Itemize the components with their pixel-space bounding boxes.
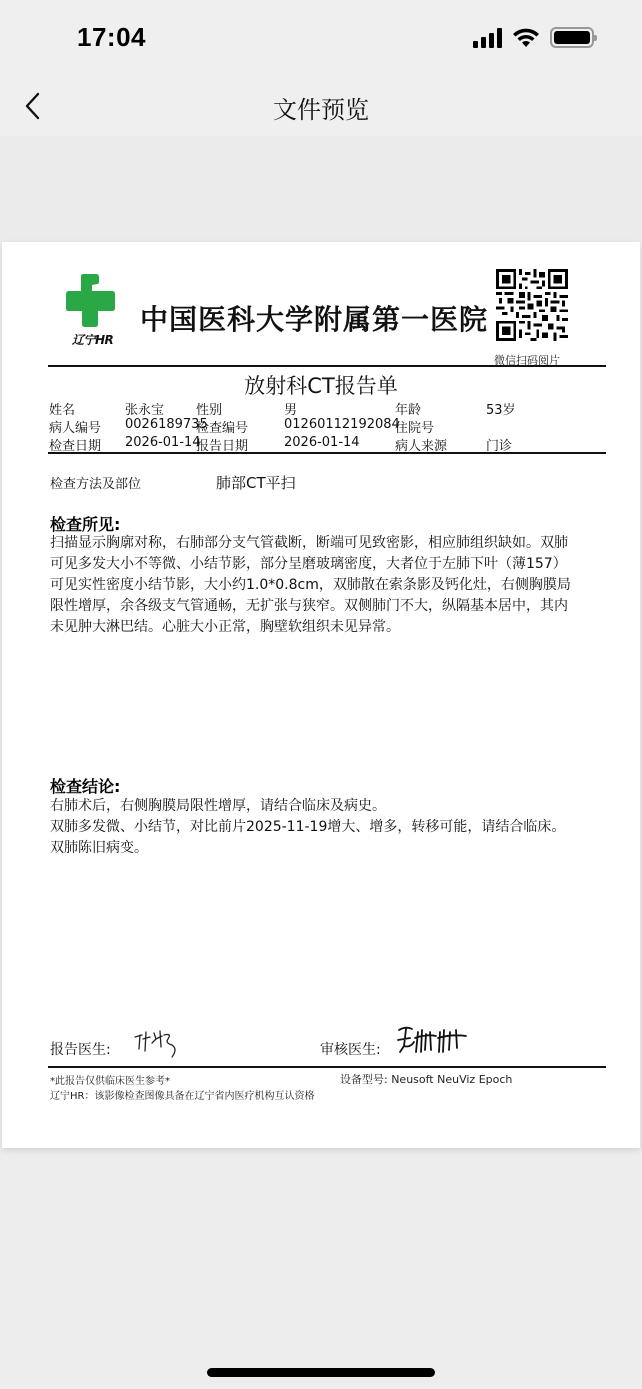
hospital-name: 中国医科大学附属第一医院 [140, 298, 488, 338]
findings-line: 扫描显示胸廓对称，右肺部分支气管截断，断端可见致密影，相应肺组织缺如。双肺 [50, 533, 610, 554]
divider [48, 1066, 606, 1068]
nav-bar: 文件预览 [0, 76, 642, 136]
reviewer-signature-icon [396, 1024, 474, 1058]
home-indicator[interactable] [207, 1368, 435, 1377]
info-label: 检查编号 [196, 417, 248, 436]
conclusion-heading: 检查结论: [50, 774, 120, 797]
logo-text: 辽宁HR [72, 331, 113, 348]
status-icons [473, 27, 594, 48]
status-time: 17:04 [77, 22, 146, 53]
cellular-signal-icon [473, 28, 502, 48]
qr-code-icon[interactable] [496, 269, 568, 341]
findings-line: 未见肿大淋巴结。心脏大小正常，胸壁软组织未见异常。 [50, 617, 610, 638]
conclusion-line: 双肺多发微、小结节，对比前片2025-11-19增大、增多，转移可能，请结合临床… [50, 817, 620, 838]
info-value: 张永宝 [125, 399, 164, 418]
patient-info-table: 姓名 张永宝 性别 男 年龄 53岁 病人编号 0026189735 检查编号 … [49, 399, 605, 453]
reporter-label: 报告医生: [50, 1039, 111, 1059]
battery-icon [550, 27, 594, 48]
findings-line: 限性增厚，余各级支气管通畅，无扩张与狭窄。双侧肺门不大，纵隔基本居中，其内 [50, 596, 610, 617]
info-row: 检查日期 2026-01-14 报告日期 2026-01-14 病人来源 门诊 [49, 435, 605, 453]
info-value: 2026-01-14 [284, 435, 360, 450]
device-model: 设备型号: Neusoft NeuViz Epoch [340, 1071, 512, 1087]
findings-heading: 检查所见: [50, 512, 120, 535]
info-row: 姓名 张永宝 性别 男 年龄 53岁 [49, 399, 605, 417]
conclusion-text: 右肺术后，右侧胸膜局限性增厚，请结合临床及病史。 双肺多发微、小结节，对比前片2… [50, 796, 620, 859]
reporter-signature-icon [132, 1027, 184, 1059]
divider [48, 365, 606, 367]
findings-text: 扫描显示胸廓对称，右肺部分支气管截断，断端可见致密影，相应肺组织缺如。双肺 可见… [50, 533, 610, 638]
conclusion-line: 右肺术后，右侧胸膜局限性增厚，请结合临床及病史。 [50, 796, 620, 817]
info-label: 病人编号 [49, 417, 101, 436]
status-bar: 17:04 [0, 0, 642, 76]
footer-note: *此报告仅供临床医生参考* [50, 1072, 170, 1087]
report-title: 放射科CT报告单 [2, 370, 640, 400]
info-row: 病人编号 0026189735 检查编号 01260112192084 住院号 [49, 417, 605, 435]
method-label: 检查方法及部位 [50, 473, 141, 492]
method-value: 肺部CT平扫 [216, 472, 296, 493]
info-label: 姓名 [49, 399, 75, 418]
findings-line: 可见实性密度小结节影，大小约1.0*0.8cm，双肺散在索条影及钙化灶，右侧胸膜… [50, 575, 610, 596]
reviewer-label: 审核医生: [320, 1039, 381, 1059]
info-label: 住院号 [395, 417, 434, 436]
info-label: 年龄 [395, 399, 421, 418]
info-value: 01260112192084 [284, 417, 400, 432]
document-preview[interactable]: 辽宁HR 中国医科大学附属第一医院 微信扫码阅片 放射科CT报告单 姓名 张永宝 [2, 242, 640, 1148]
divider [48, 452, 606, 454]
info-value: 53岁 [486, 399, 516, 418]
info-value: 男 [284, 399, 297, 418]
wifi-icon [512, 28, 540, 48]
preview-background [0, 136, 642, 242]
page-title: 文件预览 [0, 90, 642, 125]
conclusion-line: 双肺陈旧病变。 [50, 838, 620, 859]
footer-note-mutual-recognition: 辽宁HR：该影像检查图像具备在辽宁省内医疗机构互认资格 [50, 1087, 314, 1102]
findings-line: 可见多发大小不等微、小结节影，部分呈磨玻璃密度，大者位于左肺下叶（薄157） [50, 554, 610, 575]
info-label: 性别 [196, 399, 222, 418]
info-value: 2026-01-14 [125, 435, 201, 450]
